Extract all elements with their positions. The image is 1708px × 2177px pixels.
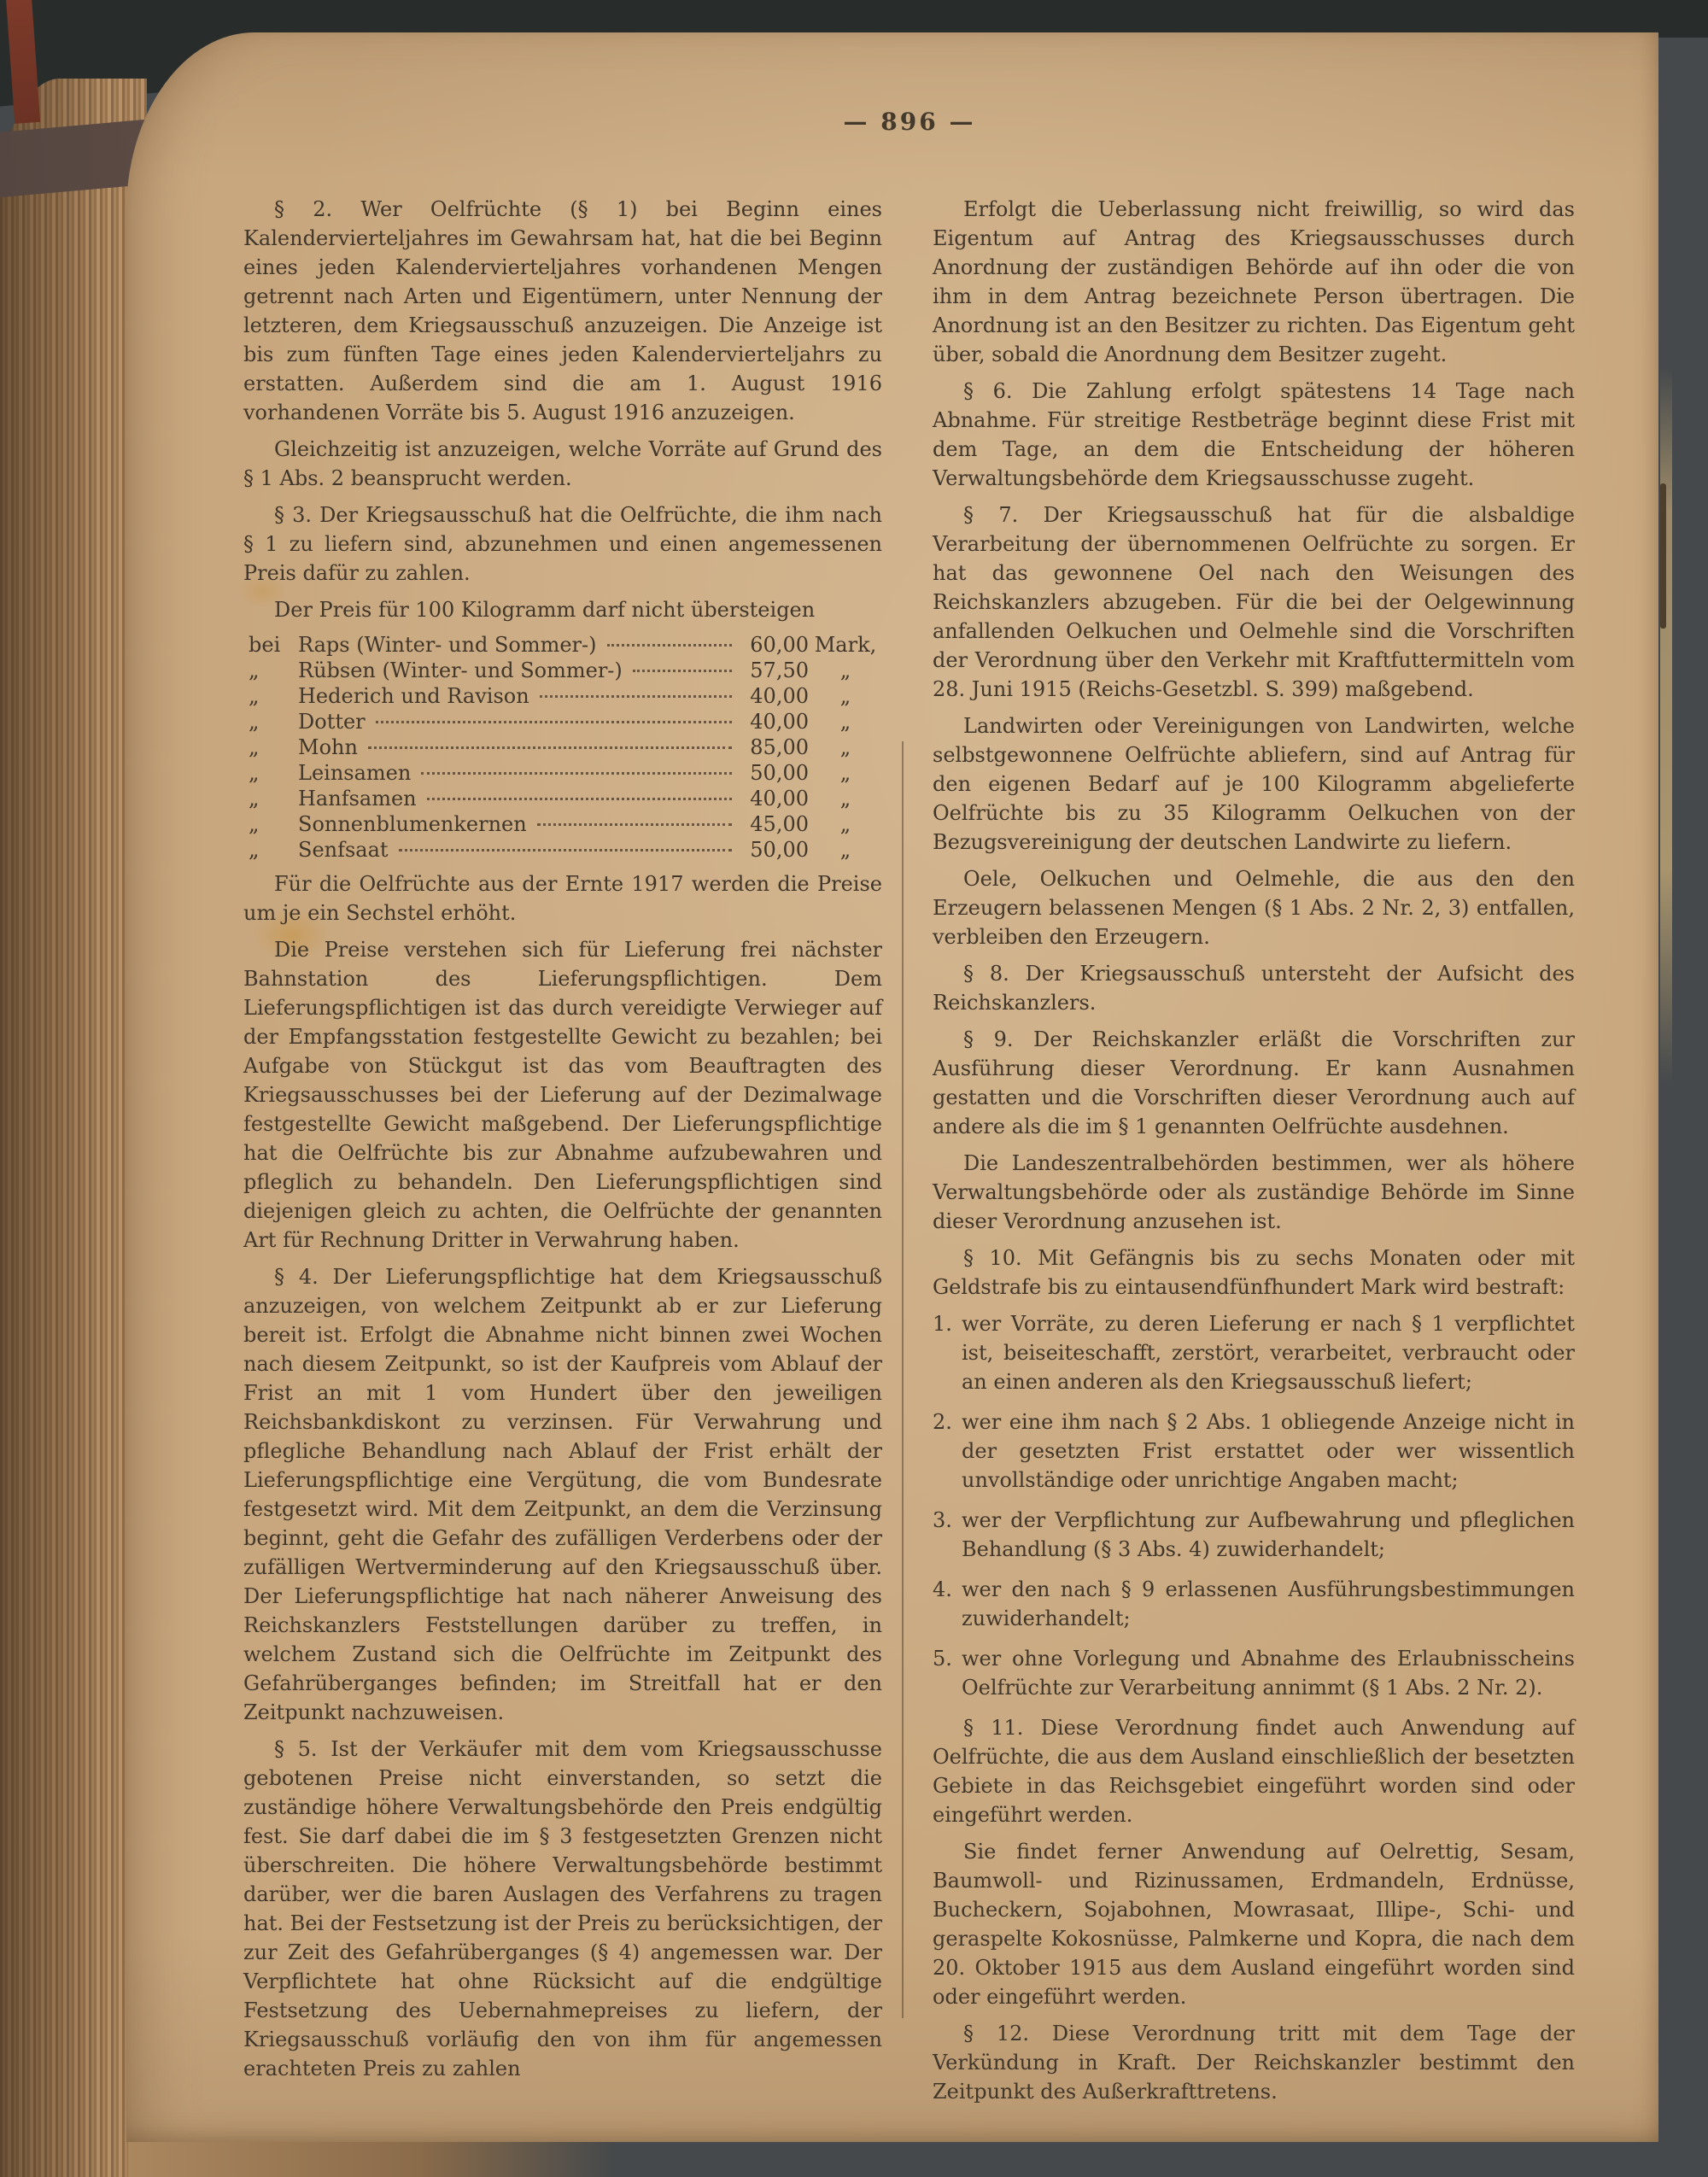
right-page-edge-sliver: [1660, 367, 1672, 1085]
price-row-prefix: bei: [243, 632, 298, 658]
price-row-value: 60,00: [742, 632, 809, 658]
paragraph-ernte-1917: Für die Oelfrüchte aus der Ernte 1917 we…: [243, 869, 882, 928]
price-row-unit: „: [809, 683, 882, 709]
dot-leader: [421, 772, 732, 775]
price-row-item: Hederich und Ravison: [298, 683, 529, 709]
penalty-item: 5. wer ohne Vorlegung und Abnahme des Er…: [933, 1644, 1575, 1702]
margin-ink-mark: [1660, 483, 1666, 629]
paragraph-s5: § 5. Ist der Verkäufer mit dem vom Krieg…: [243, 1735, 882, 2083]
penalty-number: 2.: [933, 1407, 962, 1495]
penalty-text: wer eine ihm nach § 2 Abs. 1 obliegende …: [962, 1407, 1575, 1495]
paragraph-landeszentral: Die Landeszentralbehörden bestimmen, wer…: [933, 1149, 1575, 1236]
paragraph-preise-lieferung: Die Preise verstehen sich für Lieferung …: [243, 935, 882, 1255]
price-row-unit: „: [809, 709, 882, 734]
paragraph-s9: § 9. Der Reichskanzler erläßt die Vorsch…: [933, 1025, 1575, 1141]
penalty-text: wer den nach § 9 erlassenen Ausführungsb…: [962, 1575, 1575, 1633]
paragraph-s11: § 11. Diese Verordnung findet auch Anwen…: [933, 1713, 1575, 1829]
price-row-value: 57,50: [742, 658, 809, 683]
dot-leader: [376, 721, 732, 723]
price-row-prefix: „: [243, 658, 298, 683]
price-row-value: 40,00: [742, 709, 809, 734]
price-row: „ Hanfsamen 40,00 „: [243, 786, 882, 811]
penalty-text: wer Vorräte, zu deren Lieferung er nach …: [962, 1309, 1575, 1396]
paragraph-s12: § 12. Diese Verordnung tritt mit dem Tag…: [933, 2019, 1575, 2106]
price-row: „ Hederich und Ravison 40,00 „: [243, 683, 882, 709]
page-stack-edge: [0, 79, 147, 2177]
price-row-value: 45,00: [742, 811, 809, 837]
dot-leader: [537, 823, 732, 826]
price-row: „ Rübsen (Winter- und Sommer-) 57,50 „: [243, 658, 882, 683]
price-row-item: Leinsamen: [298, 760, 411, 786]
paragraph-oele: Oele, Oelkuchen und Oelmehle, die aus de…: [933, 864, 1575, 951]
column-divider-rule: [902, 741, 904, 2018]
penalty-text: wer der Verpflichtung zur Aufbewahrung u…: [962, 1506, 1575, 1564]
scanned-book-page: — 896 — § 2. Wer Oelfrüchte (§ 1) bei Be…: [0, 0, 1708, 2177]
price-row: „ Leinsamen 50,00 „: [243, 760, 882, 786]
paragraph-ueberlassung: Erfolgt die Ueberlassung nicht freiwilli…: [933, 195, 1575, 369]
price-table: bei Raps (Winter- und Sommer-) 60,00 Mar…: [243, 632, 882, 863]
penalty-item: 4. wer den nach § 9 erlassenen Ausführun…: [933, 1575, 1575, 1633]
price-row-prefix: „: [243, 683, 298, 709]
price-row-unit: „: [809, 786, 882, 811]
price-row-unit: „: [809, 760, 882, 786]
price-row-prefix: „: [243, 786, 298, 811]
paragraph-s8: § 8. Der Kriegsausschuß untersteht der A…: [933, 959, 1575, 1017]
paragraph-s10-intro: § 10. Mit Gefängnis bis zu sechs Monaten…: [933, 1244, 1575, 1302]
dot-leader: [368, 746, 732, 749]
price-row-item: Raps (Winter- und Sommer-): [298, 632, 597, 658]
penalty-item: 2. wer eine ihm nach § 2 Abs. 1 obliegen…: [933, 1407, 1575, 1495]
price-row-value: 50,00: [742, 760, 809, 786]
paragraph-s2: § 2. Wer Oelfrüchte (§ 1) bei Beginn ein…: [243, 195, 882, 427]
price-row-item: Sonnenblumenkernen: [298, 811, 527, 837]
penalty-number: 3.: [933, 1506, 962, 1564]
paragraph-landwirte: Landwirten oder Vereinigungen von Landwi…: [933, 711, 1575, 857]
price-row: bei Raps (Winter- und Sommer-) 60,00 Mar…: [243, 632, 882, 658]
price-row-prefix: „: [243, 837, 298, 863]
price-row-item: Hanfsamen: [298, 786, 417, 811]
paragraph-s7: § 7. Der Kriegsausschuß hat für die alsb…: [933, 500, 1575, 704]
penalty-number: 1.: [933, 1309, 962, 1396]
price-row-item: Mohn: [298, 734, 358, 760]
price-row-unit: „: [809, 837, 882, 863]
page-number: — 896 —: [243, 108, 1576, 136]
dot-leader: [540, 695, 732, 698]
price-row-value: 85,00: [742, 734, 809, 760]
dot-leader: [607, 644, 733, 647]
price-row-item: Senfsaat: [298, 837, 389, 863]
price-row-prefix: „: [243, 760, 298, 786]
price-row-prefix: „: [243, 734, 298, 760]
price-row-unit: „: [809, 658, 882, 683]
dot-leader: [399, 849, 732, 851]
paragraph-s3: § 3. Der Kriegsausschuß hat die Oelfrüch…: [243, 500, 882, 588]
price-row-value: 40,00: [742, 786, 809, 811]
penalty-number: 5.: [933, 1644, 962, 1702]
price-row-unit: „: [809, 811, 882, 837]
price-row-unit: „: [809, 734, 882, 760]
price-row: „ Mohn 85,00 „: [243, 734, 882, 760]
penalty-item: 1. wer Vorräte, zu deren Lieferung er na…: [933, 1309, 1575, 1396]
price-row: „ Dotter 40,00 „: [243, 709, 882, 734]
paragraph-gleichzeitig: Gleichzeitig ist anzuzeigen, welche Vorr…: [243, 435, 882, 493]
left-column: § 2. Wer Oelfrüchte (§ 1) bei Beginn ein…: [243, 195, 882, 2091]
price-table-intro: Der Preis für 100 Kilogramm darf nicht ü…: [243, 595, 882, 624]
paragraph-s4: § 4. Der Lieferungspflichtige hat dem Kr…: [243, 1262, 882, 1727]
penalty-number: 4.: [933, 1575, 962, 1633]
price-row-prefix: „: [243, 709, 298, 734]
price-row-item: Rübsen (Winter- und Sommer-): [298, 658, 623, 683]
price-row-value: 50,00: [742, 837, 809, 863]
price-row-unit: Mark,: [809, 632, 882, 658]
paragraph-s11b: Sie findet ferner Anwendung auf Oelretti…: [933, 1837, 1575, 2011]
dot-leader: [633, 670, 732, 672]
dot-leader: [427, 798, 732, 800]
right-column: Erfolgt die Ueberlassung nicht freiwilli…: [933, 195, 1575, 2114]
paragraph-s6: § 6. Die Zahlung erfolgt spätestens 14 T…: [933, 377, 1575, 493]
penalty-text: wer ohne Vorlegung und Abnahme des Erlau…: [962, 1644, 1575, 1702]
price-row: „ Sonnenblumenkernen 45,00 „: [243, 811, 882, 837]
price-row-prefix: „: [243, 811, 298, 837]
penalty-item: 3. wer der Verpflichtung zur Aufbewahrun…: [933, 1506, 1575, 1564]
price-row-value: 40,00: [742, 683, 809, 709]
price-row: „ Senfsaat 50,00 „: [243, 837, 882, 863]
price-row-item: Dotter: [298, 709, 366, 734]
